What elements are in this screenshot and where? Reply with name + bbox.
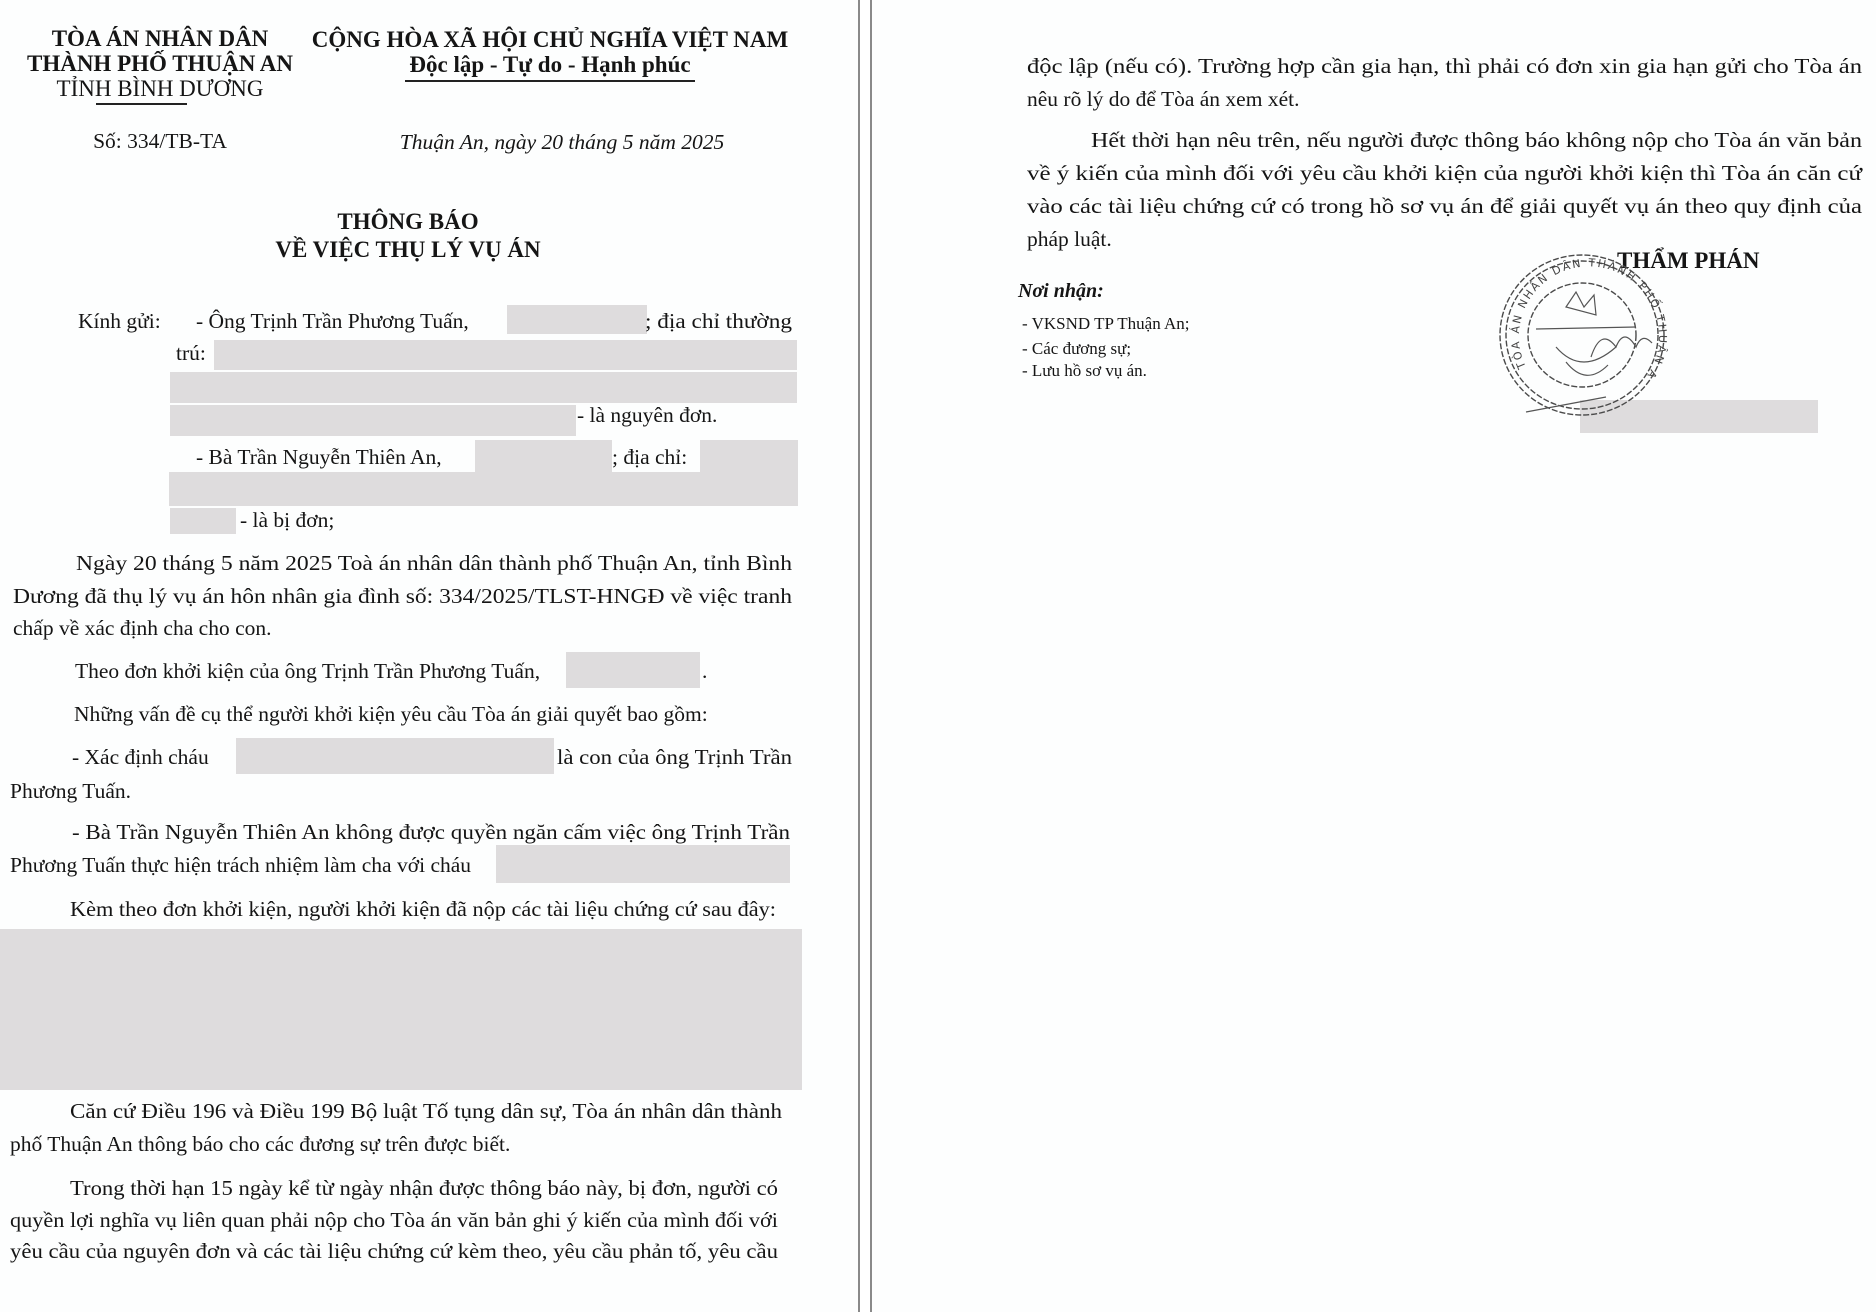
para1-line3: chấp về xác định cha cho con.	[13, 615, 271, 641]
right-para2-line3: vào các tài liệu chứng cứ có trong hồ sơ…	[1027, 193, 1862, 219]
para2-text: Theo đơn khởi kiện của ông Trịnh Trần Ph…	[75, 658, 540, 684]
redacted-defendant-address-1	[700, 440, 798, 472]
national-title: CỘNG HÒA XÃ HỘI CHỦ NGHĨA VIỆT NAM	[312, 27, 788, 52]
defendant-role: - là bị đơn;	[240, 507, 334, 533]
para6-line2: quyền lợi nghĩa vụ liên quan phải nộp ch…	[10, 1207, 778, 1233]
para3-text: Những vấn đề cụ thể người khởi kiện yêu …	[74, 701, 708, 727]
para5-line2: phố Thuận An thông báo cho các đương sự …	[10, 1131, 510, 1157]
court-name-line2: THÀNH PHỐ THUẬN AN	[27, 51, 293, 76]
motto-underline	[405, 80, 695, 82]
item2-line1: - Bà Trần Nguyễn Thiên An không được quy…	[72, 819, 790, 845]
court-header-underline	[96, 103, 187, 105]
para1-line2: Dương đã thụ lý vụ án hôn nhân gia đình …	[13, 583, 792, 609]
plaintiff-role: - là nguyên đơn.	[577, 402, 717, 428]
recipient-label: Kính gửi:	[78, 308, 161, 334]
redacted-defendant-address-3	[170, 508, 236, 534]
plaintiff-address-label: trú:	[176, 340, 206, 366]
para6-line3: yêu cầu của nguyên đơn và các tài liệu c…	[10, 1238, 778, 1264]
defendant-name: - Bà Trần Nguyễn Thiên An,	[196, 444, 442, 470]
plaintiff-address-prefix: ; địa chỉ thường	[645, 308, 792, 334]
right-para1-line2: nêu rõ lý do để Tòa án xem xét.	[1027, 86, 1299, 112]
defendant-address-prefix: ; địa chỉ:	[612, 444, 687, 470]
document-title: THÔNG BÁO	[337, 209, 478, 235]
right-para1-line1: độc lập (nếu có). Trường hợp cần gia hạn…	[1027, 53, 1862, 79]
document-subtitle: VỀ VIỆC THỤ LÝ VỤ ÁN	[275, 237, 540, 263]
court-name-line1: TÒA ÁN NHÂN DÂN	[52, 26, 269, 51]
redacted-plaintiff-address-1	[214, 340, 797, 370]
item1-start: - Xác định cháu	[72, 744, 209, 770]
document-page-2: độc lập (nếu có). Trường hợp cần gia hạn…	[872, 0, 1876, 1312]
right-para2-line4: pháp luật.	[1027, 226, 1112, 252]
document-page-1: TÒA ÁN NHÂN DÂN THÀNH PHỐ THUẬN AN TỈNH …	[0, 0, 859, 1312]
item1-end: là con của ông Trịnh Trần	[557, 744, 792, 770]
national-motto: Độc lập - Tự do - Hạnh phúc	[409, 52, 690, 77]
right-para2-line1: Hết thời hạn nêu trên, nếu người được th…	[1091, 127, 1862, 153]
redacted-plaintiff-id-2	[566, 652, 700, 688]
para4-text: Kèm theo đơn khởi kiện, người khởi kiện …	[70, 896, 776, 922]
plaintiff-name: - Ông Trịnh Trần Phương Tuấn,	[196, 308, 469, 334]
item1-line2: Phương Tuấn.	[10, 778, 131, 804]
redacted-plaintiff-id	[507, 305, 647, 334]
para2-end: .	[702, 658, 707, 684]
para6-line1: Trong thời hạn 15 ngày kể từ ngày nhận đ…	[70, 1175, 778, 1201]
document-number: Số: 334/TB-TA	[93, 128, 227, 154]
para5-line1: Căn cứ Điều 196 và Điều 199 Bộ luật Tố t…	[70, 1098, 782, 1124]
distribution-item: - Lưu hồ sơ vụ án.	[1022, 360, 1147, 382]
court-province: TỈNH BÌNH DƯƠNG	[57, 76, 264, 101]
para1-line1: Ngày 20 tháng 5 năm 2025 Toà án nhân dân…	[76, 550, 792, 576]
redacted-child-name-2	[496, 845, 790, 883]
distribution-item: - Các đương sự;	[1022, 338, 1131, 360]
distribution-label: Nơi nhận:	[1018, 278, 1104, 304]
document-date: Thuận An, ngày 20 tháng 5 năm 2025	[400, 129, 725, 155]
redacted-plaintiff-address-3	[170, 405, 576, 436]
court-seal-icon: TÒA ÁN NHÂN DÂN THÀNH PHỐ THUẬN AN T. BÌ…	[1496, 247, 1692, 421]
redacted-evidence-list	[0, 929, 802, 1090]
redacted-child-name	[236, 738, 554, 774]
redacted-defendant-id	[475, 440, 612, 472]
redacted-defendant-address-2	[169, 472, 798, 506]
redacted-plaintiff-address-2	[170, 372, 797, 403]
distribution-item: - VKSND TP Thuận An;	[1022, 313, 1190, 335]
item2-line2: Phương Tuấn thực hiện trách nhiệm làm ch…	[10, 852, 471, 878]
page-border-left	[858, 0, 860, 1312]
right-para2-line2: về ý kiến của mình đối với yêu cầu khởi …	[1027, 160, 1862, 186]
